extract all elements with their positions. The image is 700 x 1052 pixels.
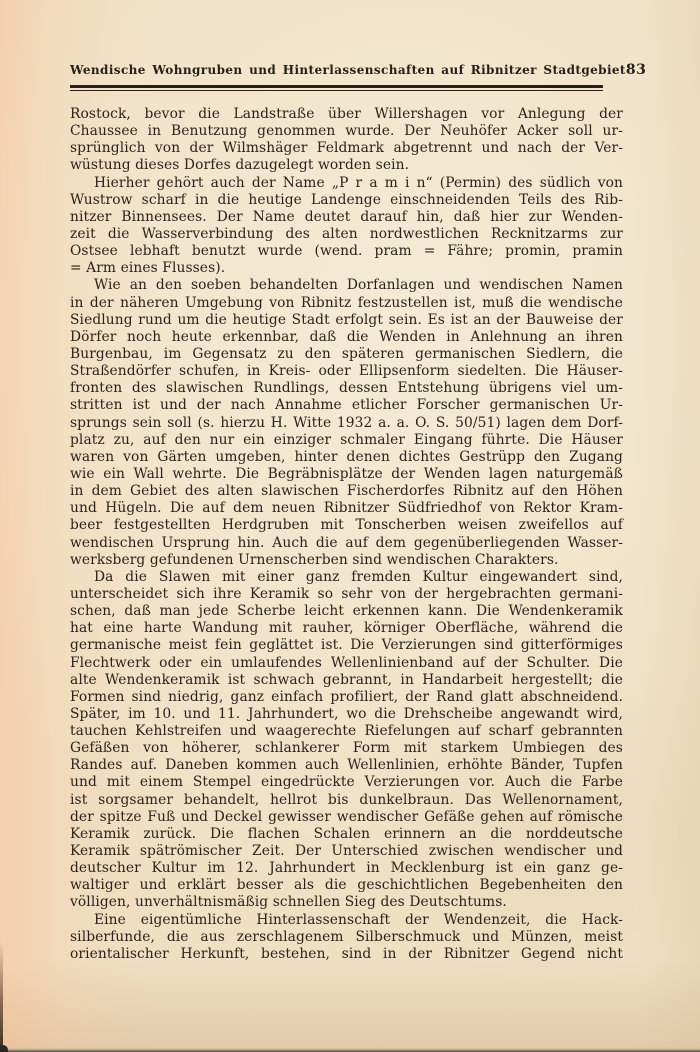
text-line: schen, daß man jede Scherbe leicht erken…: [70, 603, 623, 620]
text-line: tauchen Kehlstreifen und waagerechte Rie…: [70, 723, 623, 740]
text-line: Flechtwerk oder ein umlaufendes Wellenli…: [70, 655, 623, 672]
text-line: Wie an den soeben behandelten Dorfanlage…: [70, 277, 623, 294]
text-line: germanische meist fein geglättet ist. Di…: [70, 637, 623, 654]
text-line: Randes auf. Daneben kommen auch Wellenli…: [70, 757, 623, 774]
page-bottom-edge-shadow: [0, 1047, 700, 1052]
bottom-left-corner-mark: [0, 1045, 8, 1052]
text-line: nitzer Binnensees. Der Name deutet darau…: [70, 209, 623, 226]
text-line: werksberg gefundenen Urnenscherben sind …: [70, 552, 623, 569]
text-line: orientalischer Herkunft, bestehen, sind …: [70, 946, 623, 963]
text-line: Burgenbau, im Gegensatz zu den späteren …: [70, 346, 623, 363]
text-line: und mit einem Stempel eingedrückte Verzi…: [70, 774, 623, 791]
text-line: fronten des slawischen Rundlings, dessen…: [70, 380, 623, 397]
text-line: waren von Gärten umgeben, hinter denen d…: [70, 449, 623, 466]
header-rule-thick-line: [70, 85, 603, 88]
page-left-edge-shadow: [0, 942, 3, 1052]
text-line: alte Wendenkeramik ist schwach gebrannt,…: [70, 672, 623, 689]
running-header-title: Wendische Wohngruben und Hinterlassensch…: [70, 63, 626, 77]
scanned-book-page: Wendische Wohngruben und Hinterlassensch…: [0, 0, 700, 1052]
text-line: wendischen Ursprung hin. Auch die auf de…: [70, 535, 623, 552]
header-double-rule: [70, 85, 603, 91]
text-line: ist sorgsamer behandelt, hellrot bis dun…: [70, 792, 623, 809]
paragraph: Wie an den soeben behandelten Dorfanlage…: [70, 277, 623, 568]
text-line: Hierher gehört auch der Name „P r a m i …: [70, 175, 623, 192]
text-line: Eine eigentümliche Hinterlassenschaft de…: [70, 912, 623, 929]
text-line: Ostsee lebhaft benutzt wurde (wend. pram…: [70, 243, 623, 260]
text-line: Gefäßen von höherer, schlankerer Form mi…: [70, 740, 623, 757]
text-line: und Hügeln. Die auf dem neuen Ribnitzer …: [70, 500, 623, 517]
text-line: Dörfer noch heute erkennbar, daß die Wen…: [70, 329, 623, 346]
paragraph: Da die Slawen mit einer ganz fremden Kul…: [70, 569, 623, 912]
body-text: Rostock, bevor die Landstraße über Wille…: [70, 106, 623, 963]
text-line: völligen, unverhältnismäßig schnellen Si…: [70, 894, 623, 911]
text-line: = Arm eines Flusses).: [70, 260, 623, 277]
text-line: beer festgestellten Herdgruben mit Tonsc…: [70, 517, 623, 534]
text-line: Da die Slawen mit einer ganz fremden Kul…: [70, 569, 623, 586]
text-line: Keramik zurück. Die flachen Schalen erin…: [70, 826, 623, 843]
paragraph: Hierher gehört auch der Name „P r a m i …: [70, 175, 623, 278]
text-line: hat eine harte Wandung mit rauher, körni…: [70, 620, 623, 637]
text-line: sprungs sein soll (s. hierzu H. Witte 19…: [70, 415, 623, 432]
text-line: wie ein Wall wehrte. Die Begräbnisplätze…: [70, 466, 623, 483]
paragraph: Rostock, bevor die Landstraße über Wille…: [70, 106, 623, 175]
text-line: Keramik spätrömischer Zeit. Der Untersch…: [70, 843, 623, 860]
text-line: der spitze Fuß und Deckel gewisser wendi…: [70, 809, 623, 826]
text-line: in der näheren Umgebung von Ribnitz fest…: [70, 295, 623, 312]
page-number: 83: [626, 62, 646, 78]
text-line: Rostock, bevor die Landstraße über Wille…: [70, 106, 623, 123]
text-line: sprünglich von der Wilmshäger Feldmark a…: [70, 140, 623, 157]
text-line: unterscheidet sich ihre Keramik so sehr …: [70, 586, 623, 603]
text-line: Später, im 10. und 11. Jahrhundert, wo d…: [70, 706, 623, 723]
text-line: Chaussee in Benutzung genommen wurde. De…: [70, 123, 623, 140]
text-line: platz zu, auf den nur ein einziger schma…: [70, 432, 623, 449]
text-line: Siedlung rund um die heutige Stadt erfol…: [70, 312, 623, 329]
text-line: silberfunde, die aus zerschlagenem Silbe…: [70, 929, 623, 946]
text-line: stritten ist und der nach Annahme etlich…: [70, 397, 623, 414]
running-header: Wendische Wohngruben und Hinterlassensch…: [70, 62, 603, 78]
text-line: deutscher Kultur im 12. Jahrhundert in M…: [70, 860, 623, 877]
text-line: Straßendörfer schufen, in Kreis- oder El…: [70, 363, 623, 380]
text-line: in dem Gebiet des alten slawischen Fisch…: [70, 483, 623, 500]
text-line: waltiger und erklärt besser als die gesc…: [70, 877, 623, 894]
paragraph: Eine eigentümliche Hinterlassenschaft de…: [70, 912, 623, 963]
text-line: Formen sind niedrig, ganz einfach profil…: [70, 689, 623, 706]
text-line: zeit die Wasserverbindung des alten nord…: [70, 226, 623, 243]
text-line: wüstung dieses Dorfes dazugelegt worden …: [70, 157, 623, 174]
text-line: Wustrow scharf in die heutige Landenge e…: [70, 192, 623, 209]
header-rule-thin-line: [70, 90, 603, 91]
